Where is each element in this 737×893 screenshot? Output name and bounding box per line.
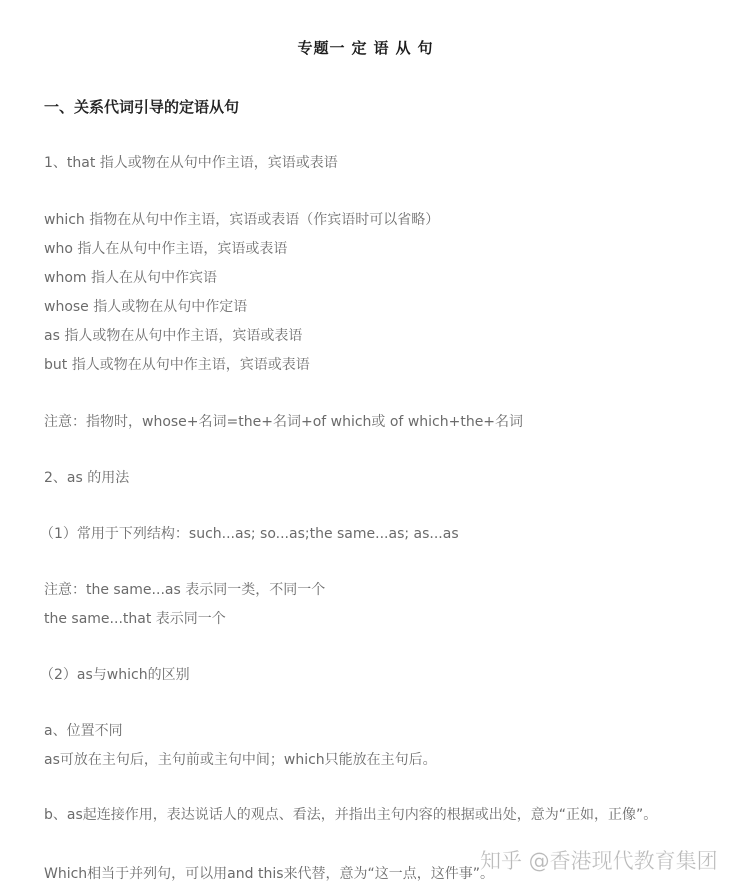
which-note: Which相当于并列句，可以用and this来代替，意为“这一点，这件事”。 — [44, 864, 494, 884]
note-the-same-that: the same...that 表示同一个 — [44, 609, 226, 629]
point-which: which 指物在从句中作主语，宾语或表语（作宾语时可以省略） — [44, 210, 439, 230]
page-title: 专题一定语从句 — [0, 37, 737, 59]
as-structures: （1）常用于下列结构：such...as; so...as;the same..… — [40, 524, 459, 544]
point-who: who 指人在从句中作主语，宾语或表语 — [44, 239, 287, 259]
title-main: 定语从句 — [352, 39, 440, 57]
difference-b-body: b、as起连接作用，表达说话人的观点、看法，并指出主句内容的根据或出处，意为“正… — [44, 801, 704, 830]
section-heading: 一、关系代词引导的定语从句 — [44, 96, 239, 118]
point-whom: whom 指人在从句中作宾语 — [44, 268, 217, 288]
point-whose: whose 指人或物在从句中作定语 — [44, 297, 247, 317]
note-whose: 注意：指物时，whose+名词=the+名词+of which或 of whic… — [44, 412, 523, 432]
difference-a-title: a、位置不同 — [44, 721, 123, 741]
point-that: 1、that 指人或物在从句中作主语，宾语或表语 — [44, 153, 338, 173]
point-as: as 指人或物在从句中作主语，宾语或表语 — [44, 326, 302, 346]
point-but: but 指人或物在从句中作主语，宾语或表语 — [44, 355, 310, 375]
watermark: 知乎 @香港现代教育集团 — [480, 848, 718, 874]
note-the-same-as: 注意：the same...as 表示同一类，不同一个 — [44, 580, 325, 600]
as-which-difference: （2）as与which的区别 — [40, 665, 190, 685]
document-page: 专题一定语从句 一、关系代词引导的定语从句 1、that 指人或物在从句中作主语… — [0, 0, 737, 893]
title-prefix: 专题一 — [297, 39, 345, 57]
subheading-as-usage: 2、as 的用法 — [44, 468, 129, 488]
difference-a-body: as可放在主句后，主句前或主句中间；which只能放在主句后。 — [44, 750, 437, 770]
